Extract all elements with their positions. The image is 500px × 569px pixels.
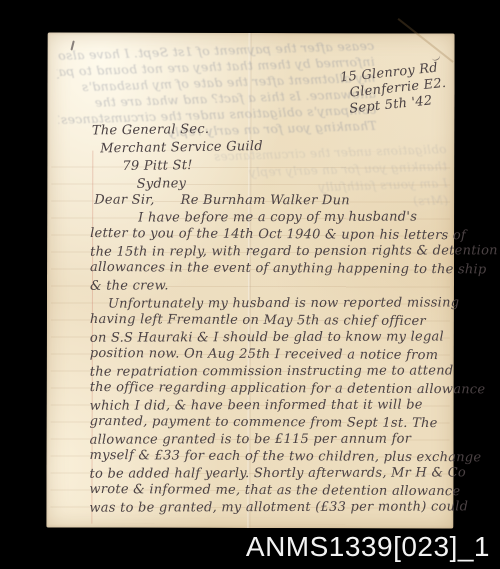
body-line: & the crew. <box>90 276 454 294</box>
subject-line: Re Burnham Walker Dun <box>181 193 350 208</box>
body-line: having left Fremantle on May 5th as chie… <box>90 311 454 330</box>
bleedthrough-line: allowance. Is this a fact? and what are … <box>58 86 376 112</box>
body-line: myself & £33 for each of the two childre… <box>89 447 453 466</box>
corner-crease <box>397 18 453 63</box>
body-line: position now. On Aug 25th I received a n… <box>90 345 454 364</box>
bleedthrough-line: cease after the payment of 1st Sept. I h… <box>56 38 374 64</box>
salutation-row: Dear Sir, Re Burnham Walker Dun <box>94 193 424 209</box>
bleedthrough-line: informed by them that they are not bound… <box>57 54 375 80</box>
body-line: granted, payment to commence from Sept 1… <box>90 413 454 432</box>
body-line: to be added half yearly. Shortly afterwa… <box>89 464 453 482</box>
body-line: letter to you of the 14th Oct 1940 & upo… <box>90 225 454 244</box>
body-line: the 15th in reply, with regard to pensio… <box>90 242 454 260</box>
recipient-address: The General Sec.Merchant Service Guild79… <box>92 119 313 194</box>
letter-body-paragraph-1: I have before me a copy of my husband'sl… <box>90 209 454 295</box>
body-line: was to be granted, my allotment (£33 per… <box>89 498 453 516</box>
letter-body-paragraph-2: Unfortunately my husband is now reported… <box>89 295 454 517</box>
body-line: allowance granted is to be £115 per annu… <box>90 430 454 448</box>
pen-mark-top-left <box>70 40 74 50</box>
body-line: wrote & informed me, that as the detenti… <box>89 481 453 500</box>
body-line: the office regarding application for a d… <box>90 379 454 398</box>
body-line: allowances in the event of anything happ… <box>90 259 454 278</box>
bleedthrough-line: my allotment after the date of my husban… <box>57 70 375 96</box>
archive-reference-caption: ANMS1339[023]_1 <box>246 531 490 563</box>
sender-address: 15 Glenroy RdGlenferrie E2.Sept 5th '42 <box>333 56 487 119</box>
salutation: Dear Sir, <box>94 193 154 208</box>
scanned-letter-photo: cease after the payment of 1st Sept. I h… <box>0 0 500 569</box>
recipient-address-line: Sydney <box>93 173 313 194</box>
body-line: which I did, & have been informed that i… <box>90 396 454 414</box>
body-line: Unfortunately my husband is now reported… <box>90 294 454 312</box>
letter-page: cease after the payment of 1st Sept. I h… <box>46 32 454 528</box>
body-line: on S.S Hauraki & I should be glad to kno… <box>90 328 454 346</box>
body-line: the repatriation commission instructing … <box>90 362 454 380</box>
body-line: I have before me a copy of my husband's <box>90 208 454 226</box>
